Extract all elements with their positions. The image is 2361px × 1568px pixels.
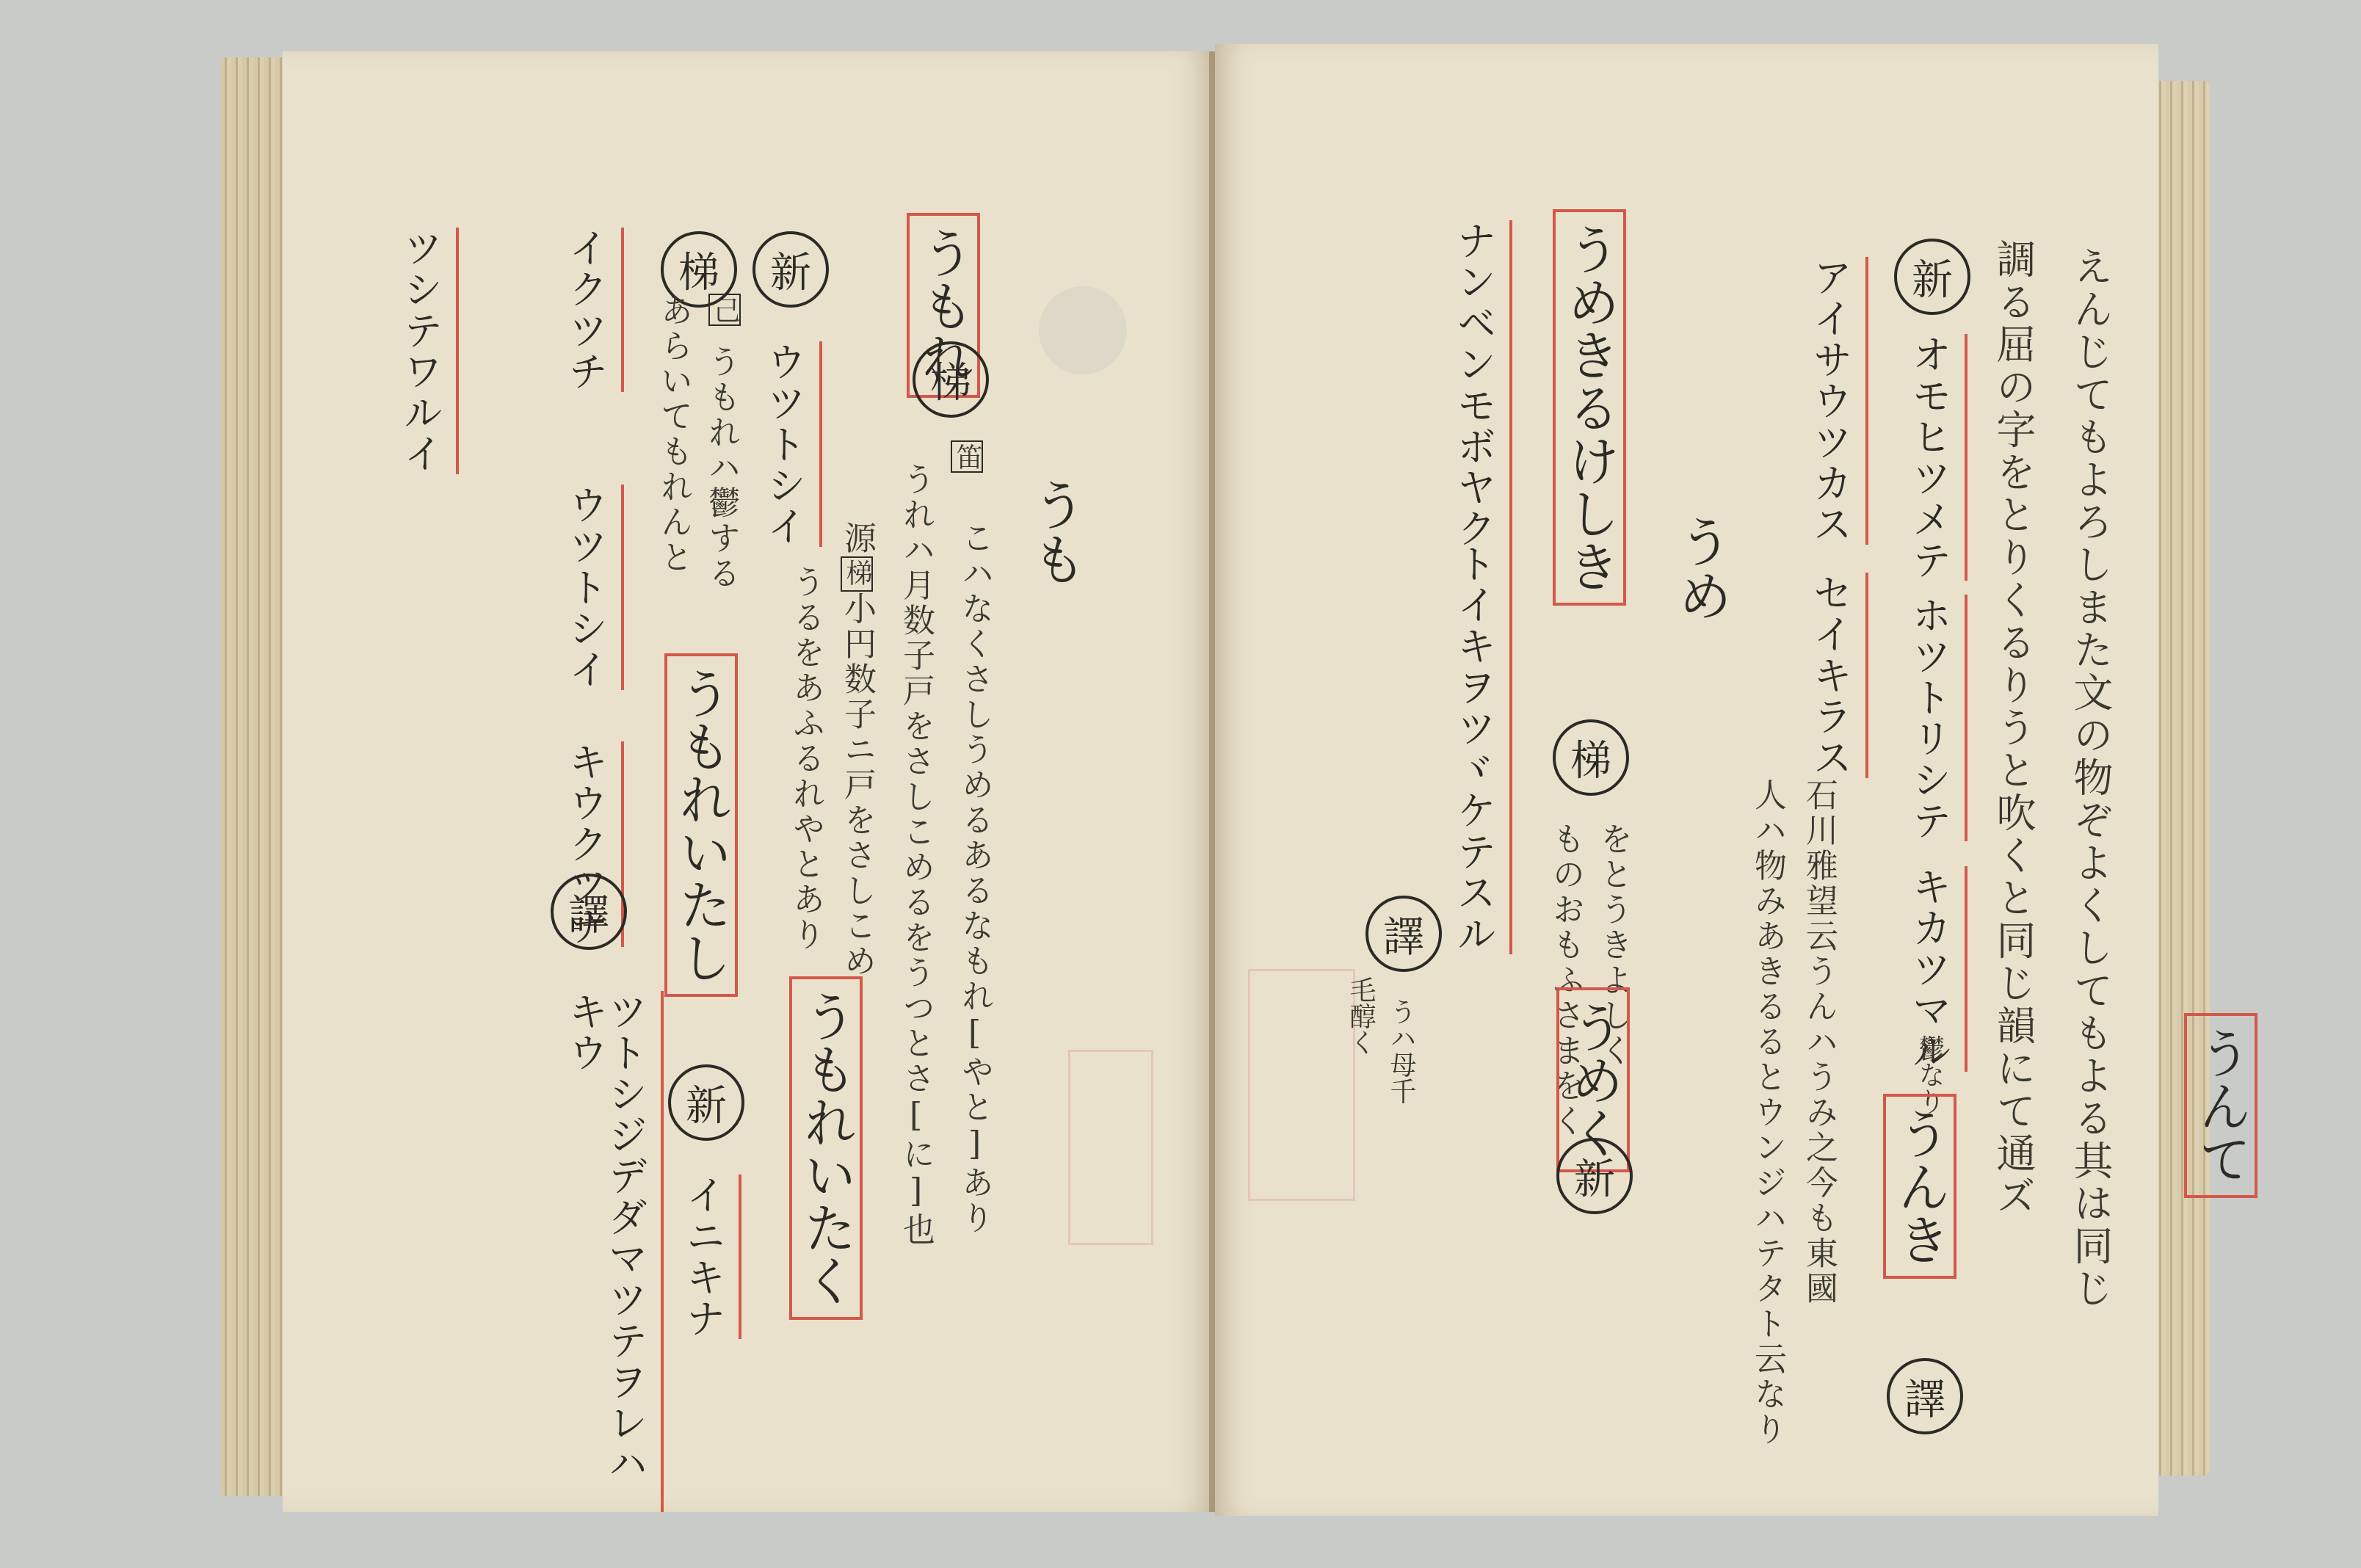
box-ko: 己 <box>708 294 741 326</box>
tag-yaku-2: 譯 <box>1366 896 1442 972</box>
box-fue: 笛 <box>951 440 983 473</box>
text-column-c: 源梯小円数子ニ戸をさしこめ <box>841 521 873 979</box>
text-column-1: えんじてもよろしまた文の物ぞよくしてもよる其は同じ <box>2070 246 2110 1310</box>
entry-umoreitaku: うもれいたく <box>789 976 863 1320</box>
page-edges-right <box>2155 81 2210 1476</box>
tag-shin: 新 <box>752 231 829 308</box>
text-column-2: 調る屈の字をとりくるりうと吹くと同じ韻にて通ズ <box>1993 239 2033 1218</box>
note-yaku-2: 毛醇く <box>1347 976 1374 1056</box>
tag-yaku: 譯 <box>551 874 627 950</box>
entry-umekirukeshiki: うめきるけしき <box>1553 209 1626 606</box>
tag-tei: 梯 <box>913 341 989 418</box>
entry-unki: うんき <box>1883 1094 1956 1279</box>
reading-nanbenmoboyaku: ナンベンモボヤク <box>1454 220 1493 549</box>
book-gutter <box>1209 51 1215 1512</box>
reading-toikiwotsudukete: トイキヲツヾケテスル <box>1454 543 1493 954</box>
tag-yaku: 譯 <box>1887 1358 1963 1434</box>
reading-tsushitewarui: ツシテワルイ <box>400 228 440 474</box>
text-column-a: こハなくさしうめるあるなもれ[やと]あり <box>958 521 990 1236</box>
entry-umoreitashi: うもれいたし <box>664 653 738 997</box>
bleed-through-box <box>1068 1050 1153 1245</box>
tag-shin-2: 新 <box>668 1064 744 1141</box>
bleed-through-box <box>1248 969 1355 1201</box>
reading-ikutsuchi: イクツチ <box>565 228 605 392</box>
reading-seikirasu: セイキラス <box>1810 573 1849 778</box>
citation-2: 人ハ物みあきるるとウンジハテタト云なり <box>1751 778 1783 1448</box>
reading-uttoshii-2: ウツトシイ <box>565 484 605 690</box>
reading-omohitsumete: オモヒツメテ <box>1909 334 1948 581</box>
text-column-b: うれハ月数子戸をさしこめるをうつとさ[に]也 <box>899 462 932 1248</box>
reading-uttoshii: ウツトシイ <box>764 341 803 547</box>
citation-1: 石川雅望云うんハうみ之今も東國 <box>1802 778 1835 1307</box>
left-page: うも うもれ 梯 笛 こハなくさしうめるあるなもれ[やと]あり うれハ月数子戸を… <box>283 51 1211 1512</box>
heading-umo: うも <box>1028 477 1082 586</box>
tag-shin-2: 新 <box>1556 1138 1633 1214</box>
reading-hottorishite: ホツトリシテ <box>1909 595 1948 841</box>
reading-aisautsukasu: アイサウツカス <box>1810 257 1849 545</box>
reading-inikina: イニキナ <box>683 1175 722 1339</box>
note-umore: うもれハ鬱する <box>705 345 737 592</box>
tag-tei: 梯 <box>1553 719 1629 796</box>
heading-ume: うめ <box>1674 514 1728 623</box>
right-page: えんじてもよろしまた文の物ぞよくしてもよる其は同じ 調る屈の字をとりくるりうと吹… <box>1215 44 2158 1516</box>
page-edges-left <box>220 57 286 1496</box>
entry-unte: うんて <box>2184 1013 2257 1198</box>
reading-tsutoshijide: ツトシジデダマツテヲレハキウ <box>565 991 645 1512</box>
bleed-through-seal <box>1039 286 1127 374</box>
text-column-d: うるをあふるれやとあり <box>789 565 822 953</box>
note-yaku-1: うハ母千 <box>1388 998 1414 1104</box>
note-umore-2: あらいてもれんと <box>657 294 689 576</box>
open-book: うも うもれ 梯 笛 こハなくさしうめるあるなもれ[やと]あり うれハ月数子戸を… <box>220 51 2210 1512</box>
tag-shin: 新 <box>1894 239 1970 315</box>
